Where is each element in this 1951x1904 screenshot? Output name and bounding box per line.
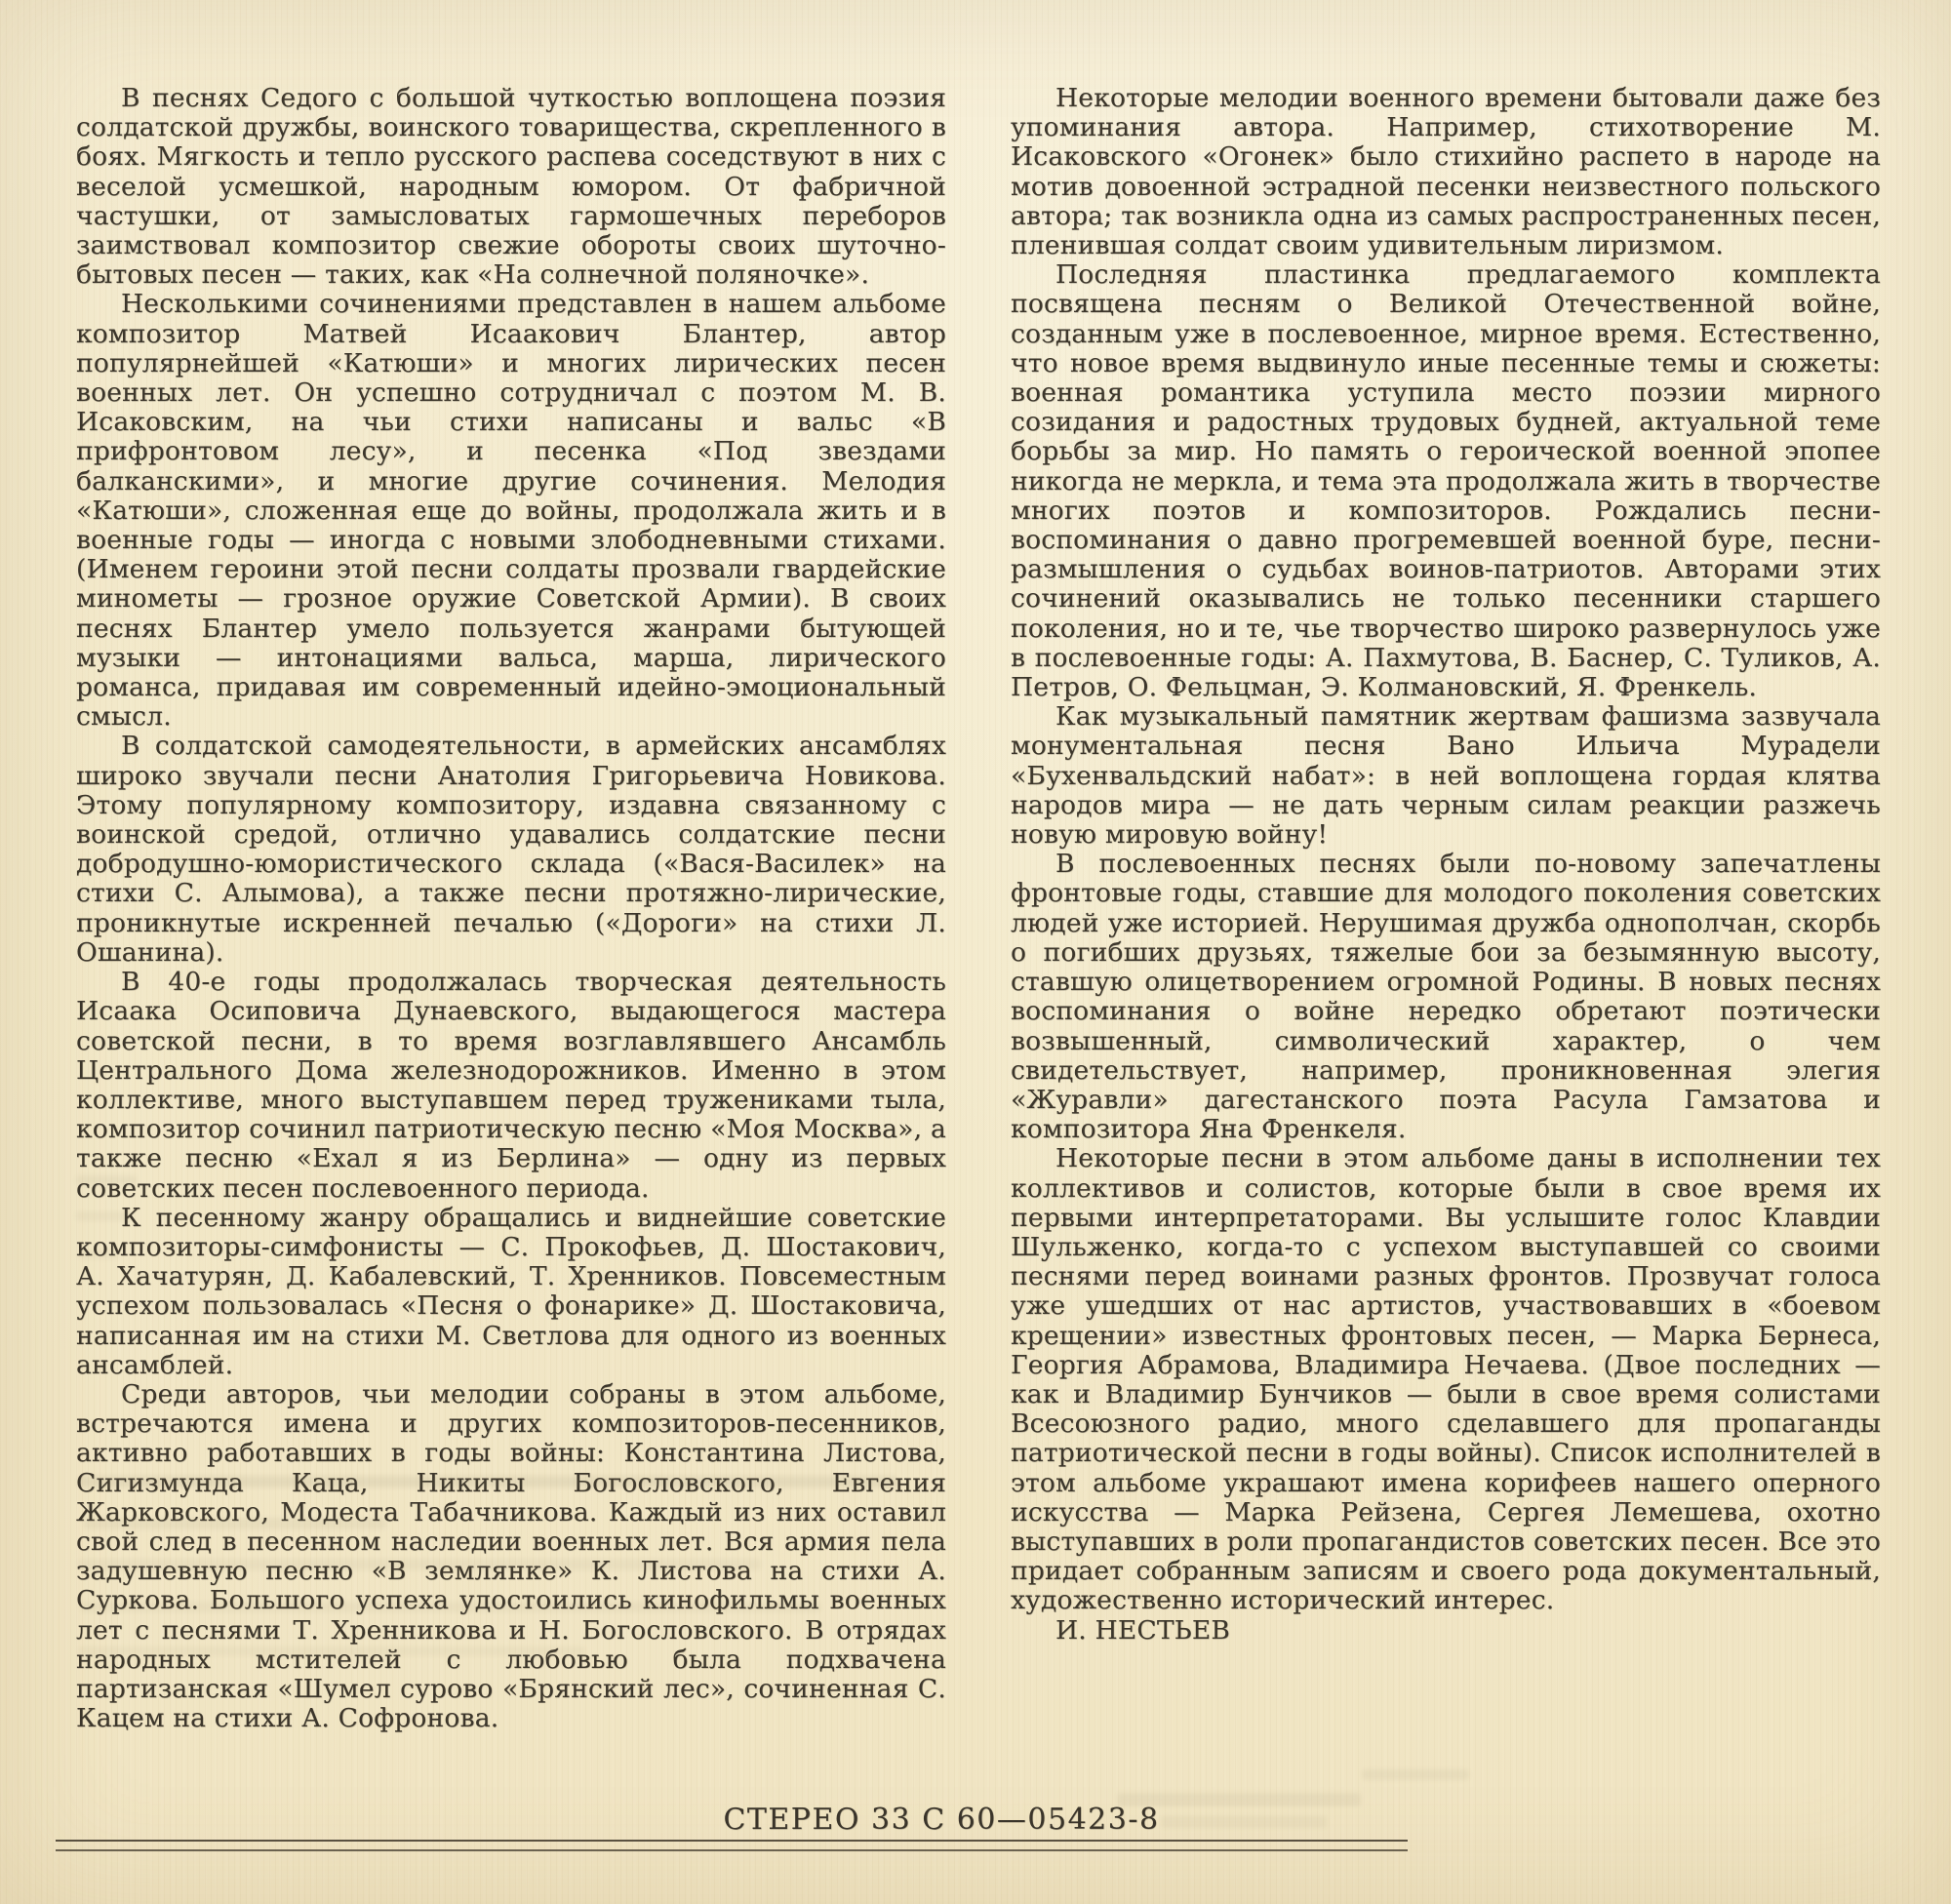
paragraph-dunaevsky: В 40-е годы продолжалась творческая деят… (76, 968, 946, 1204)
bleed-through-ghost (1362, 1769, 1469, 1780)
left-column: В песнях Седого с большой чуткостью вопл… (76, 84, 946, 1733)
paragraph-last-record: Последняя пластинка предлагаемого компле… (1011, 260, 1881, 702)
paragraph-muradeli: Как музыкальный памятник жертвам фашизма… (1011, 702, 1881, 850)
catalog-number: СТЕРЕО 33 С 60—05423-8 (723, 1803, 1159, 1837)
paragraph-performers: Некоторые песни в этом альбоме даны в ис… (1011, 1144, 1881, 1615)
album-back-cover: В песнях Седого с большой чуткостью вопл… (0, 0, 1951, 1904)
paragraph-novikov: В солдатской самодеятельности, в армейск… (76, 732, 946, 968)
right-column: Некоторые мелодии военного времени бытов… (1011, 84, 1881, 1646)
footer-rule (56, 1840, 1408, 1851)
bleed-through-ghost (1161, 1816, 1327, 1828)
paragraph-ogonek: Некоторые мелодии военного времени бытов… (1011, 84, 1881, 260)
author-signature: И. НЕСТЬЕВ (1011, 1616, 1881, 1646)
paragraph-other-composers: Среди авторов, чьи мелодии собраны в это… (76, 1380, 946, 1733)
paragraph-symphonists: К песенному жанру обращались и виднейшие… (76, 1204, 946, 1380)
paragraph-postwar-songs: В послевоенных песнях были по-новому зап… (1011, 850, 1881, 1144)
paragraph-sedoy: В песнях Седого с большой чуткостью вопл… (76, 84, 946, 290)
paragraph-blanter: Несколькими сочинениями представлен в на… (76, 290, 946, 732)
